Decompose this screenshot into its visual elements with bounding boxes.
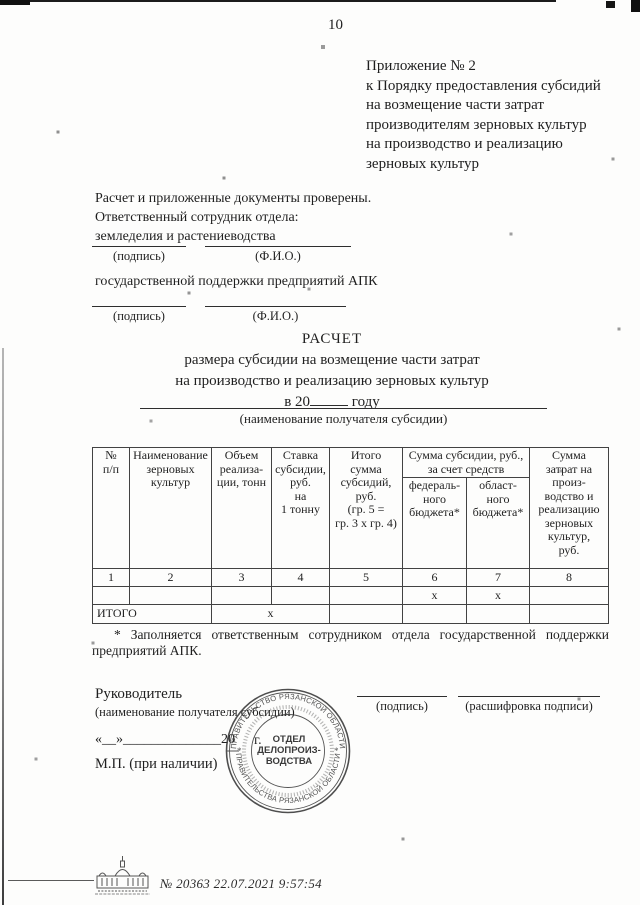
- cell-empty: [403, 605, 467, 624]
- scan-artifact-mark: [606, 1, 615, 8]
- stamp-center-text: ОТДЕЛ ДЕЛОПРОИЗ- ВОДСТВА: [252, 734, 326, 767]
- stamp-star-left: *: [237, 746, 242, 756]
- col-header-subsidy-group: Сумма субсидии, руб., за счет средств: [403, 448, 530, 478]
- date-line: «__»______________20: [95, 730, 235, 749]
- col-header-volume: Объем реализа- ции, тонн: [212, 448, 272, 569]
- fio-line: [205, 245, 351, 247]
- signature-line: [92, 245, 186, 247]
- col-header-costs: Сумма затрат на произ- водство и реализа…: [530, 448, 609, 569]
- signature-label: (подпись): [92, 309, 186, 324]
- footnote: * Заполняется ответственным сотрудником …: [92, 627, 609, 659]
- appendix-line: на производство и реализацию: [366, 135, 628, 155]
- cell-empty: [272, 587, 330, 605]
- appendix-block: Приложение № 2 к Порядку предоставления …: [366, 57, 628, 174]
- cell-empty: [467, 605, 530, 624]
- cell-empty: [530, 605, 609, 624]
- page-number: 10: [328, 16, 343, 36]
- col-header-crop-name: Наименование зерновых культур: [130, 448, 212, 569]
- calc-subtitle: на производство и реализацию зерновых ку…: [12, 371, 640, 392]
- recipient-line: [140, 407, 547, 409]
- signature-label: (подпись): [92, 249, 186, 264]
- government-building-icon: [94, 852, 152, 898]
- verification-line: Расчет и приложенные документы проверены…: [95, 189, 455, 208]
- cell-empty: [93, 587, 130, 605]
- fio-line: [205, 305, 346, 307]
- registration-stamp-line: № 20363 22.07.2021 9:57:54: [160, 876, 322, 892]
- cell-empty: [330, 605, 403, 624]
- fio-label: (Ф.И.О.): [205, 249, 351, 264]
- scan-artifact-top-strip: [0, 0, 556, 2]
- fio-label: (Ф.И.О.): [205, 309, 346, 324]
- stamp-star-right: *: [334, 746, 339, 756]
- appendix-line: к Порядку предоставления субсидий: [366, 77, 628, 97]
- total-x: х: [212, 605, 330, 624]
- cell-empty: [130, 587, 212, 605]
- verification-line: земледелия и растениеводства: [95, 227, 455, 246]
- col-header-federal: федераль- ного бюджета*: [403, 478, 467, 569]
- department-line: государственной поддержки предприятий АП…: [95, 272, 378, 291]
- calc-table-wrap: № п/п Наименование зерновых культур Объе…: [92, 447, 609, 624]
- table-row: х х: [93, 587, 609, 605]
- calc-year-line: в 20 году: [12, 392, 640, 413]
- col-header-total-subsidy: Итого сумма субсидий, руб. (гр. 5 = гр. …: [330, 448, 403, 569]
- scanned-document-page: 10 Приложение № 2 к Порядку предоставлен…: [0, 0, 640, 905]
- verification-block: Расчет и приложенные документы проверены…: [95, 189, 455, 246]
- cell-empty: [330, 587, 403, 605]
- scan-artifact-corner: [0, 0, 30, 5]
- mp-line: М.П. (при наличии): [95, 756, 217, 773]
- calc-title-block: РАСЧЕТ размера субсидии на возмещение ча…: [12, 329, 640, 413]
- appendix-line: зерновых культур: [366, 155, 628, 175]
- signature-label: (подпись): [357, 699, 447, 714]
- appendix-line: на возмещение части затрат: [366, 96, 628, 116]
- column-number-row: 1 2 3 4 5 6 7 8: [93, 569, 609, 587]
- year-blank: [310, 405, 348, 406]
- footer-rule: [8, 880, 94, 881]
- scan-artifact-mark: [631, 0, 640, 12]
- verification-line: Ответственный сотрудник отдела:: [95, 208, 455, 227]
- signature-line: [92, 305, 186, 307]
- col-num: 5: [330, 569, 403, 587]
- registration-number: № 20363 22.07.2021 9:57:54: [160, 876, 322, 891]
- total-row: ИТОГО х: [93, 605, 609, 624]
- calc-subtitle: размера субсидии на возмещение части зат…: [12, 350, 640, 371]
- col-num: 3: [212, 569, 272, 587]
- appendix-line: Приложение № 2: [366, 57, 628, 77]
- decode-line: [458, 695, 600, 697]
- cell-x-federal: х: [403, 587, 467, 605]
- col-num: 8: [530, 569, 609, 587]
- appendix-line: производителям зерновых культур: [366, 116, 628, 136]
- col-header-npp: № п/п: [93, 448, 130, 569]
- col-num: 7: [467, 569, 530, 587]
- calc-title: РАСЧЕТ: [12, 329, 640, 350]
- decode-label: (расшифровка подписи): [452, 699, 606, 714]
- col-num: 4: [272, 569, 330, 587]
- cell-empty: [212, 587, 272, 605]
- cell-empty: [530, 587, 609, 605]
- col-num: 1: [93, 569, 130, 587]
- col-header-rate: Ставка субсидии, руб. на 1 тонну: [272, 448, 330, 569]
- head-title: Руководитель: [95, 685, 182, 705]
- scan-artifact-left-line: [2, 348, 4, 905]
- signature-line: [357, 695, 447, 697]
- total-label: ИТОГО: [93, 605, 212, 624]
- col-header-regional: област- ного бюджета*: [467, 478, 530, 569]
- recipient-label: (наименование получателя субсидии): [140, 411, 547, 427]
- subsidy-table: № п/п Наименование зерновых культур Объе…: [92, 447, 609, 624]
- cell-x-regional: х: [467, 587, 530, 605]
- col-num: 2: [130, 569, 212, 587]
- col-num: 6: [403, 569, 467, 587]
- scan-noise: [0, 0, 2, 2]
